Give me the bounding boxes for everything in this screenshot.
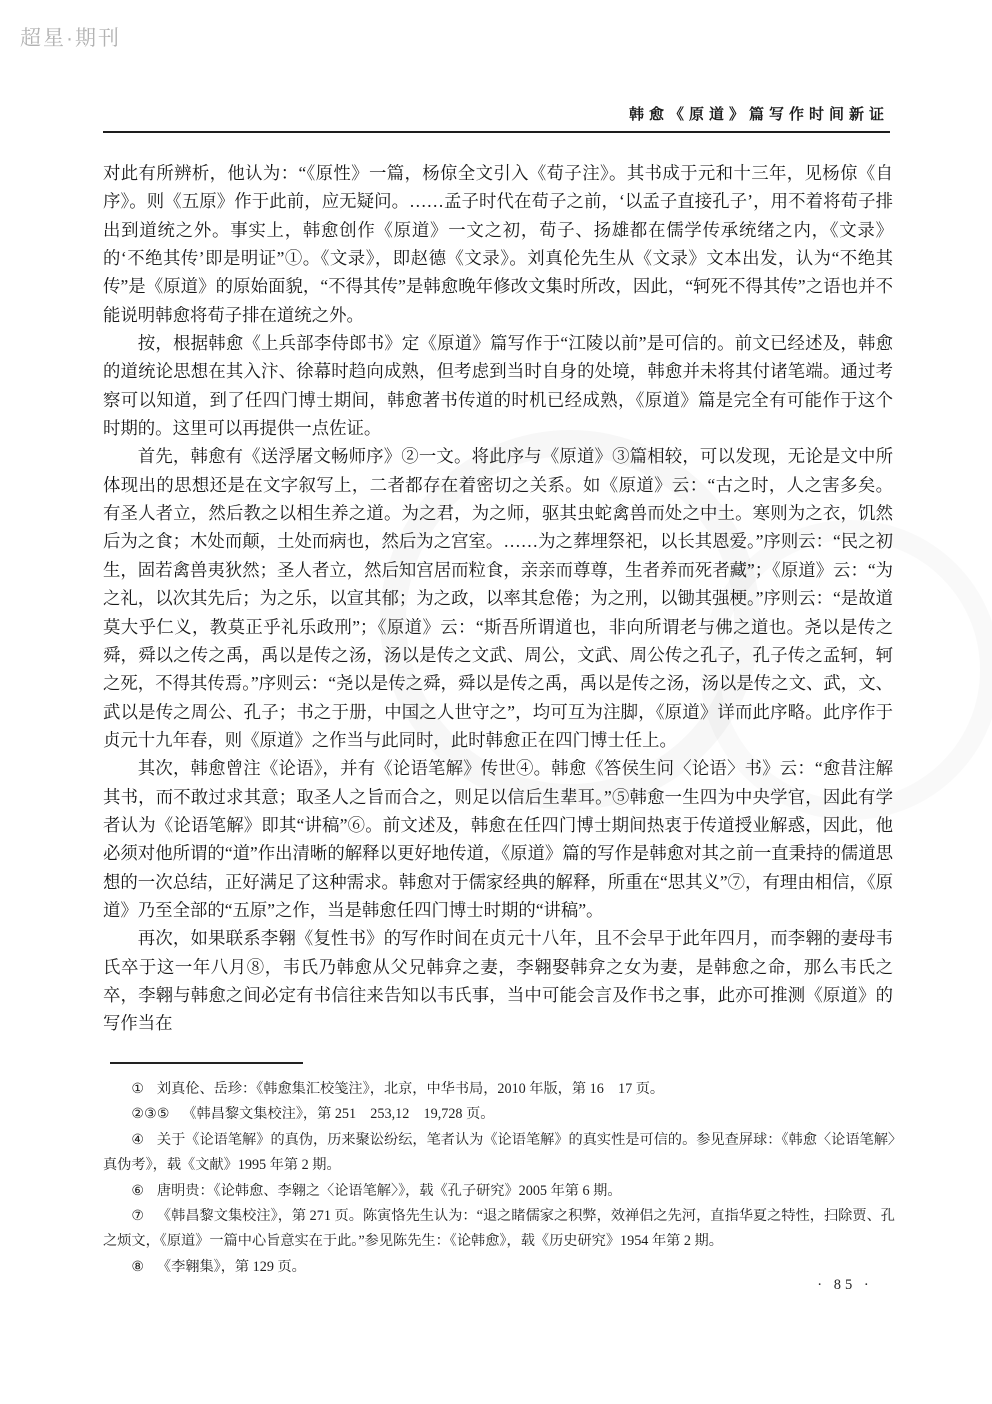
body-paragraph: 按，根据韩愈《上兵部李侍郎书》定《原道》篇写作于“江陵以前”是可信的。前文已经述… xyxy=(103,329,893,442)
footnote-item: ⑦《韩昌黎文集校注》，第 271 页。陈寅恪先生认为：“退之睹儒家之积弊，效禅侣… xyxy=(103,1204,895,1255)
footnote-marker: ⑥ xyxy=(131,1183,157,1199)
footnote-text: 唐明贵：《论韩愈、李翱之〈论语笔解〉》，载《孔子研究》2005 年第 6 期。 xyxy=(157,1183,622,1199)
body-paragraph: 再次，如果联系李翱《复性书》的写作时间在贞元十八年，且不会早于此年四月，而李翱的… xyxy=(103,924,893,1037)
running-title: 韩愈《原道》篇写作时间新证 xyxy=(629,103,889,124)
footnote-marker: ⑧ xyxy=(131,1259,157,1275)
footnote-item: ②③⑤《韩昌黎文集校注》，第 251 253,12 19,728 页。 xyxy=(103,1102,895,1127)
footnote-text: 关于《论语笔解》的真伪，历来聚讼纷纭，笔者认为《论语笔解》的真实性是可信的。参见… xyxy=(103,1132,895,1173)
footnote-text: 《韩昌黎文集校注》，第 271 页。陈寅恪先生认为：“退之睹儒家之积弊，效禅侣之… xyxy=(103,1208,895,1249)
footnote-text: 《韩昌黎文集校注》，第 251 253,12 19,728 页。 xyxy=(182,1106,494,1122)
footnote-item: ⑥唐明贵：《论韩愈、李翱之〈论语笔解〉》，载《孔子研究》2005 年第 6 期。 xyxy=(103,1179,895,1204)
header-rule xyxy=(103,131,890,133)
footnote-item: ①刘真伦、岳珍：《韩愈集汇校笺注》，北京，中华书局，2010 年版，第 16 1… xyxy=(103,1077,895,1102)
body-paragraph: 首先，韩愈有《送浮屠文畅师序》②一文。将此序与《原道》③篇相较，可以发现，无论是… xyxy=(103,442,893,754)
footnote-text: 刘真伦、岳珍：《韩愈集汇校笺注》，北京，中华书局，2010 年版，第 16 17… xyxy=(157,1081,664,1097)
journal-scan-page: 超星·期刊 韩愈《原道》篇写作时间新证 对此有所辨析，他认为：“《原性》一篇，杨… xyxy=(0,0,992,1404)
body-paragraph: 对此有所辨析，他认为：“《原性》一篇，杨倞全文引入《荀子注》。其书成于元和十三年… xyxy=(103,159,893,329)
footnote-item: ④关于《论语笔解》的真伪，历来聚讼纷纭，笔者认为《论语笔解》的真实性是可信的。参… xyxy=(103,1128,895,1179)
body-paragraph: 其次，韩愈曾注《论语》，并有《论语笔解》传世④。韩愈《答侯生问〈论语〉书》云：“… xyxy=(103,754,893,924)
article-body: 对此有所辨析，他认为：“《原性》一篇，杨倞全文引入《荀子注》。其书成于元和十三年… xyxy=(103,159,893,1038)
page-number: · 85 · xyxy=(770,1277,920,1294)
footnote-marker: ②③⑤ xyxy=(131,1106,182,1122)
footnote-marker: ⑦ xyxy=(131,1208,157,1224)
footnote-text: 《李翱集》，第 129 页。 xyxy=(157,1259,306,1275)
brand-logo: 超星·期刊 xyxy=(20,22,121,52)
footnote-marker: ① xyxy=(131,1081,157,1097)
footnote-marker: ④ xyxy=(131,1132,157,1148)
footnote-separator xyxy=(110,1062,303,1064)
footnotes-block: ①刘真伦、岳珍：《韩愈集汇校笺注》，北京，中华书局，2010 年版，第 16 1… xyxy=(103,1077,895,1280)
